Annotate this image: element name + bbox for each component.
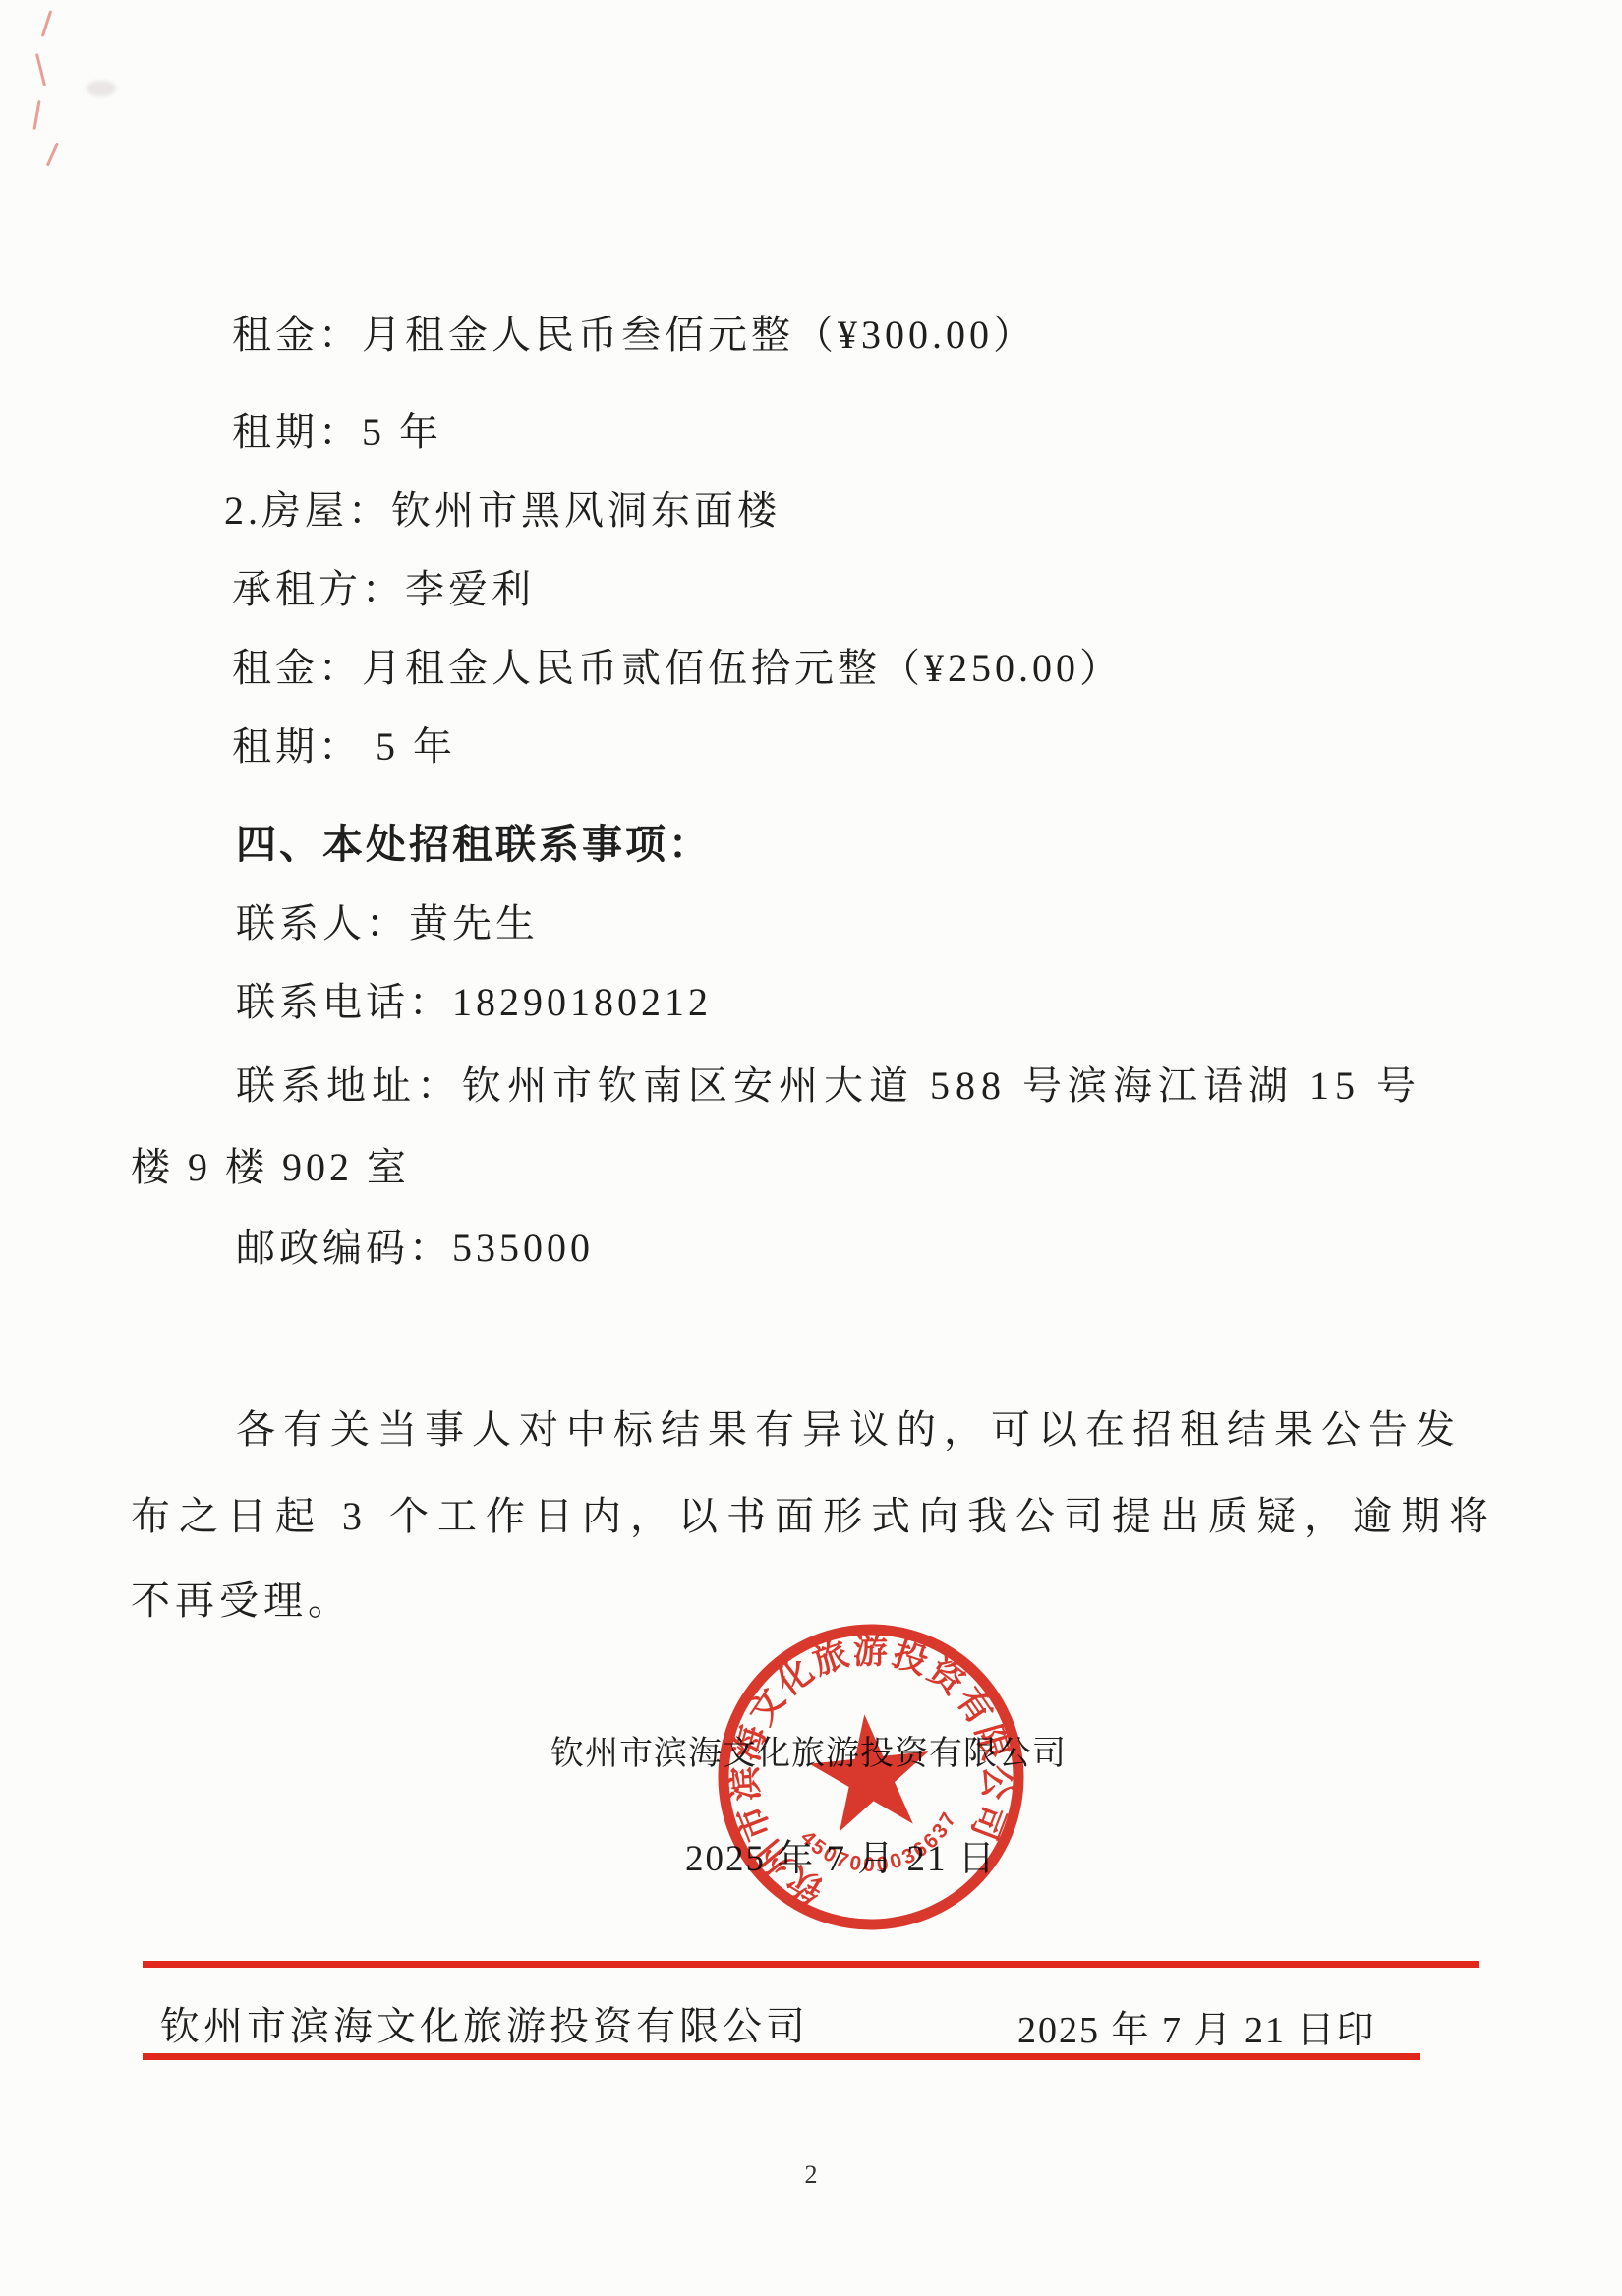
footer-rule-bottom <box>143 2053 1420 2060</box>
house-line-2: 2.房屋：钦州市黑风洞东面楼 <box>224 488 781 534</box>
section-heading: 四、本处招租联系事项： <box>236 822 712 868</box>
contact-address-line-2: 楼 9 楼 902 室 <box>131 1145 410 1190</box>
rent-line-2: 租金：月租金人民币贰佰伍拾元整（¥250.00） <box>232 646 1123 691</box>
objection-notice-line-3: 不再受理。 <box>131 1578 352 1624</box>
objection-notice-line-1: 各有关当事人对中标结果有异议的，可以在招租结果公告发 <box>236 1407 1463 1453</box>
scan-smudge <box>87 81 116 96</box>
scanned-document-page: 租金：月租金人民币叁佰元整（¥300.00） 租期：5 年 2.房屋：钦州市黑风… <box>0 0 1622 2296</box>
footer-print-date: 2025 年 7 月 21 日印 <box>1017 1999 1376 2053</box>
contact-person-line: 联系人：黄先生 <box>236 901 539 947</box>
rent-line-1: 租金：月租金人民币叁佰元整（¥300.00） <box>232 313 1036 358</box>
red-pen-mark <box>46 143 59 167</box>
contact-address-line-1: 联系地址：钦州市钦南区安州大道 588 号滨海江语湖 15 号 <box>236 1063 1421 1109</box>
footer-rule-top <box>143 1961 1479 1968</box>
page-number: 2 <box>0 2160 1622 2190</box>
objection-notice-line-2: 布之日起 3 个工作日内，以书面形式向我公司提出质疑，逾期将 <box>131 1494 1497 1539</box>
official-seal-stamp: 钦州市滨海文化旅游投资有限公司 4507000036637 <box>685 1591 1057 1963</box>
lessee-line-2: 承租方：李爱利 <box>232 567 535 612</box>
term-line-1: 租期：5 年 <box>232 410 442 455</box>
postal-code-line: 邮政编码：535000 <box>236 1226 594 1271</box>
red-pen-mark <box>32 100 40 130</box>
red-pen-mark <box>35 53 46 86</box>
footer-company-name: 钦州市滨海文化旅游投资有限公司 <box>160 1995 809 2051</box>
red-pen-mark <box>41 10 53 37</box>
contact-phone-line: 联系电话：18290180212 <box>236 980 712 1025</box>
term-line-2: 租期： 5 年 <box>232 724 456 770</box>
seal-star-icon <box>805 1708 936 1834</box>
